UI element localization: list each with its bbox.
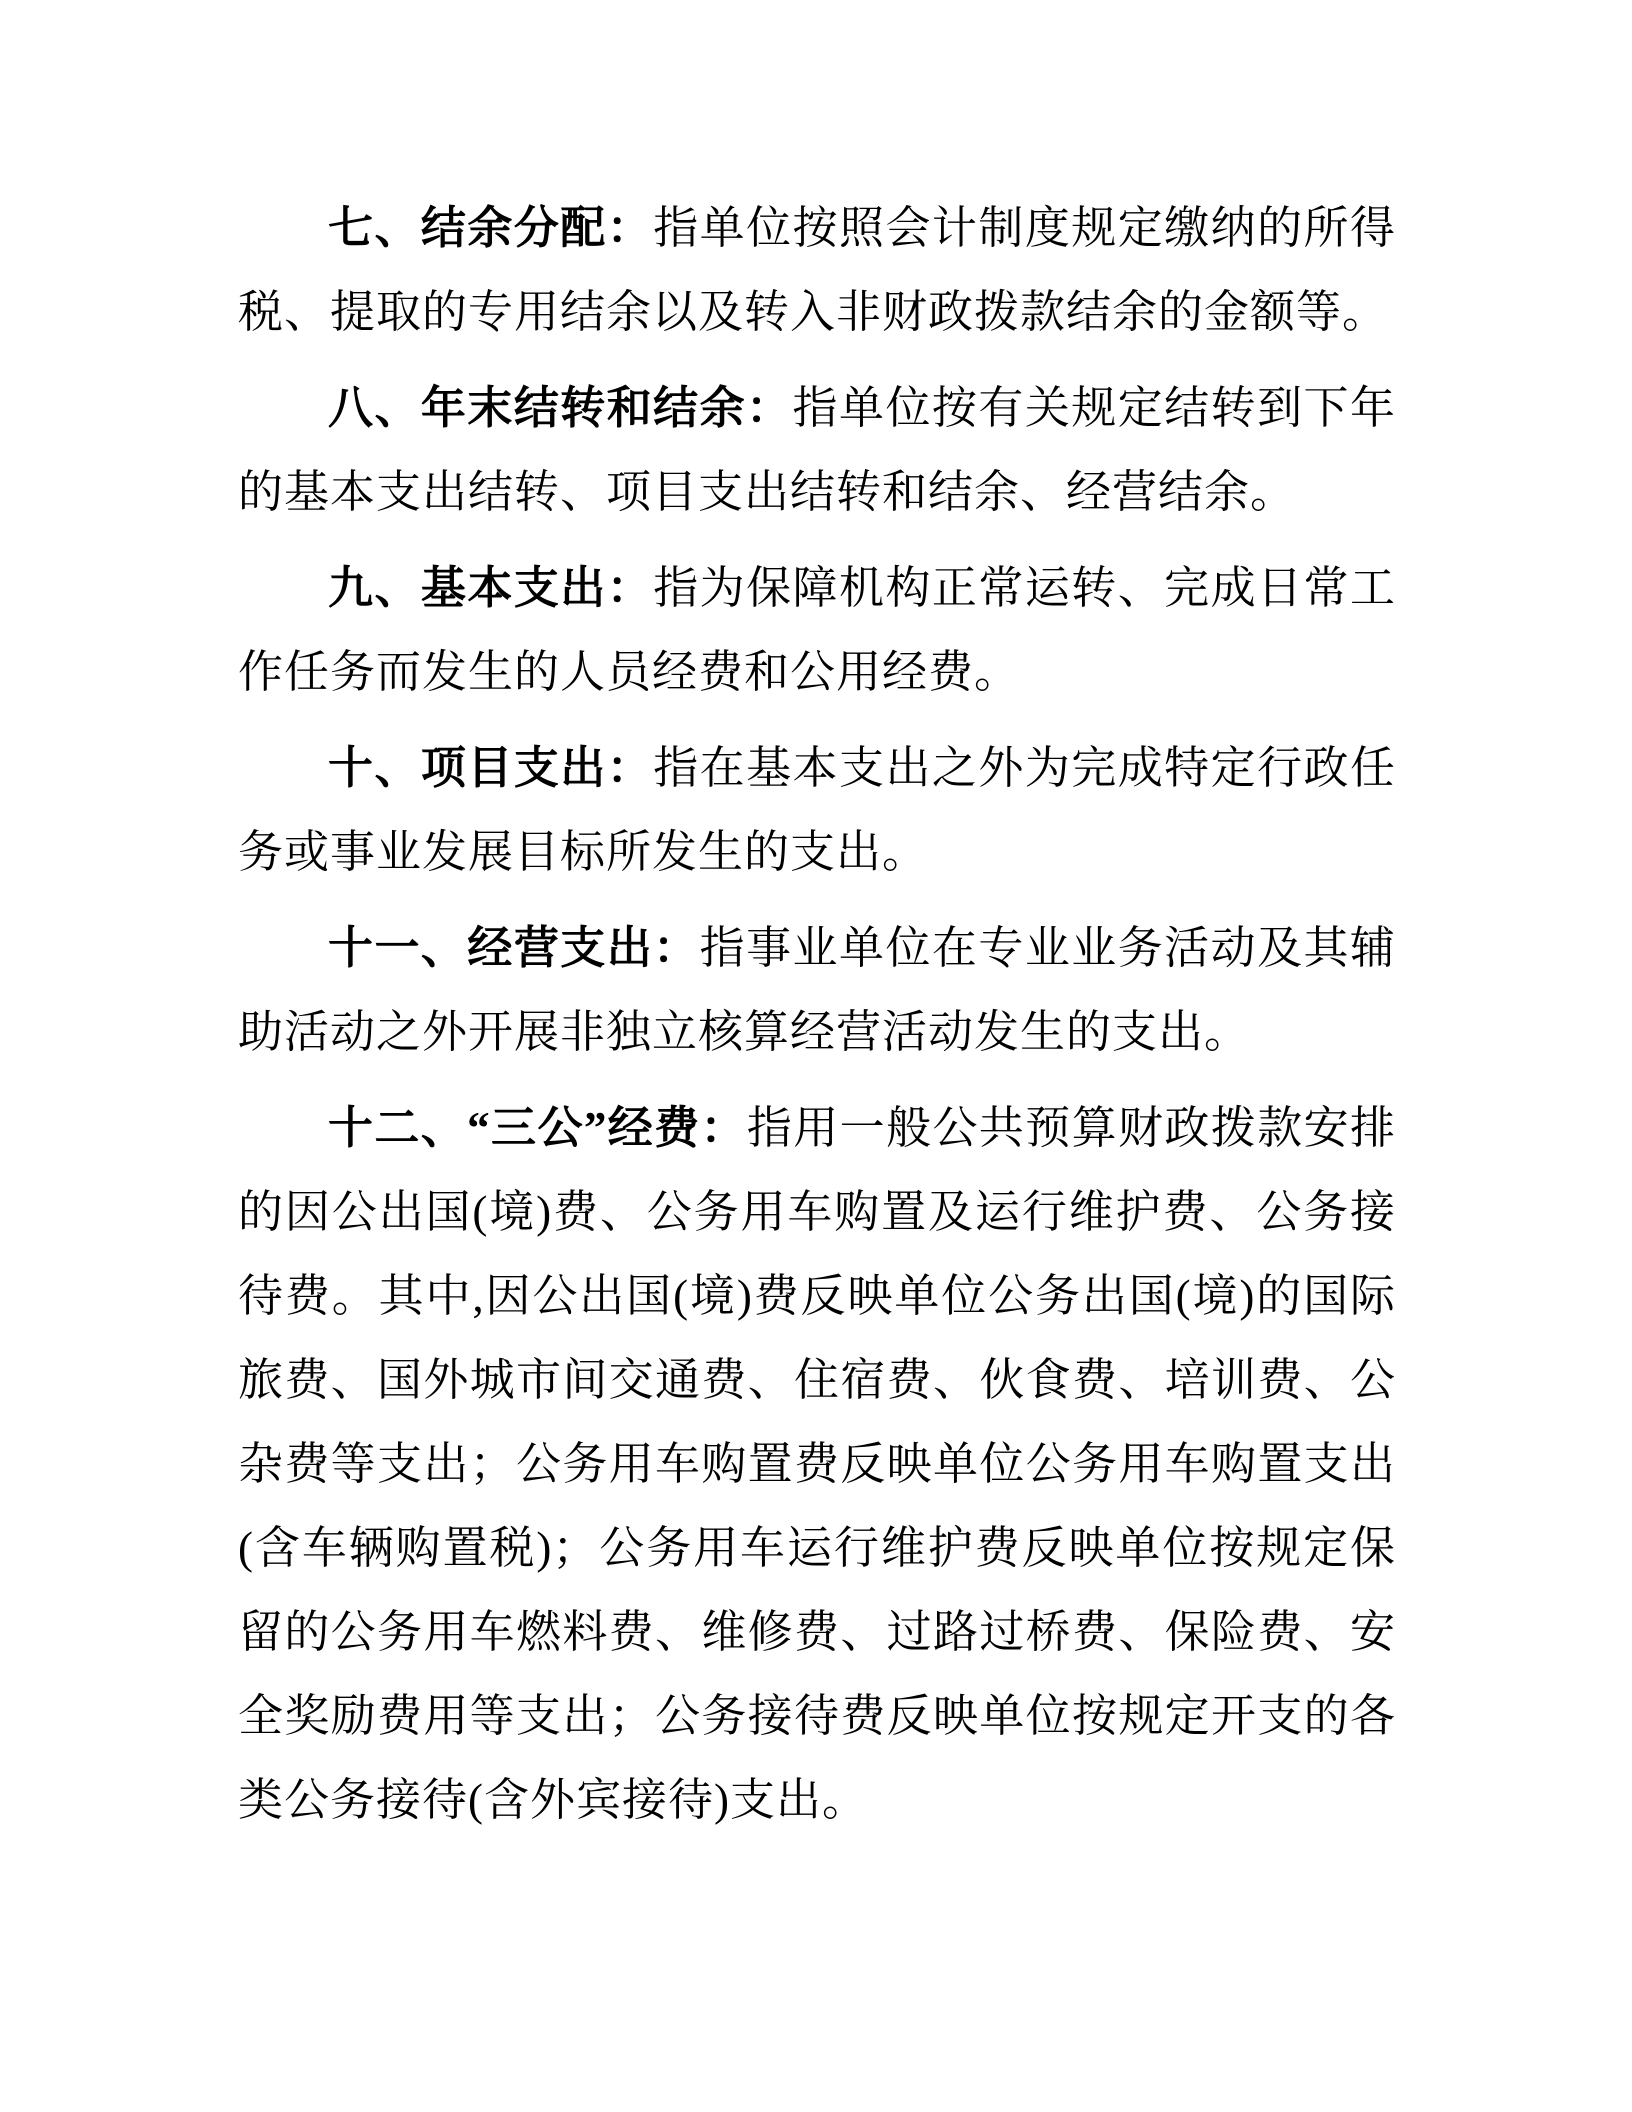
paragraph-12-sangong-jingfei: 十二、“三公”经费：指用一般公共预算财政拨款安排的因公出国(境)费、公务用车购置…: [238, 1086, 1396, 1842]
paragraph-7-jieyu-fenpei: 七、结余分配：指单位按照会计制度规定缴纳的所得税、提取的专用结余以及转入非财政拨…: [238, 186, 1396, 354]
definition-text: 指用一般公共预算财政拨款安排的因公出国(境)费、公务用车购置及运行维护费、公务接…: [238, 1103, 1396, 1825]
paragraph-9-jiben-zhichu: 九、基本支出：指为保障机构正常运转、完成日常工作任务而发生的人员经费和公用经费。: [238, 546, 1396, 714]
paragraph-11-jingying-zhichu: 十一、经营支出：指事业单位在专业业务活动及其辅助活动之外开展非独立核算经营活动发…: [238, 906, 1396, 1074]
term-label: 十一、经营支出：: [328, 923, 700, 973]
paragraph-10-xiangmu-zhichu: 十、项目支出：指在基本支出之外为完成特定行政任务或事业发展目标所发生的支出。: [238, 726, 1396, 894]
term-label: 十、项目支出：: [328, 743, 653, 793]
term-label: 十二、“三公”经费：: [328, 1103, 747, 1153]
paragraph-8-nianmo-jiezhuan: 八、年末结转和结余：指单位按有关规定结转到下年的基本支出结转、项目支出结转和结余…: [238, 366, 1396, 534]
term-label: 九、基本支出：: [328, 563, 653, 613]
document-page: 七、结余分配：指单位按照会计制度规定缴纳的所得税、提取的专用结余以及转入非财政拨…: [0, 0, 1632, 2112]
term-label: 七、结余分配：: [328, 203, 653, 253]
term-label: 八、年末结转和结余：: [328, 383, 793, 433]
document-body: 七、结余分配：指单位按照会计制度规定缴纳的所得税、提取的专用结余以及转入非财政拨…: [238, 186, 1396, 1842]
